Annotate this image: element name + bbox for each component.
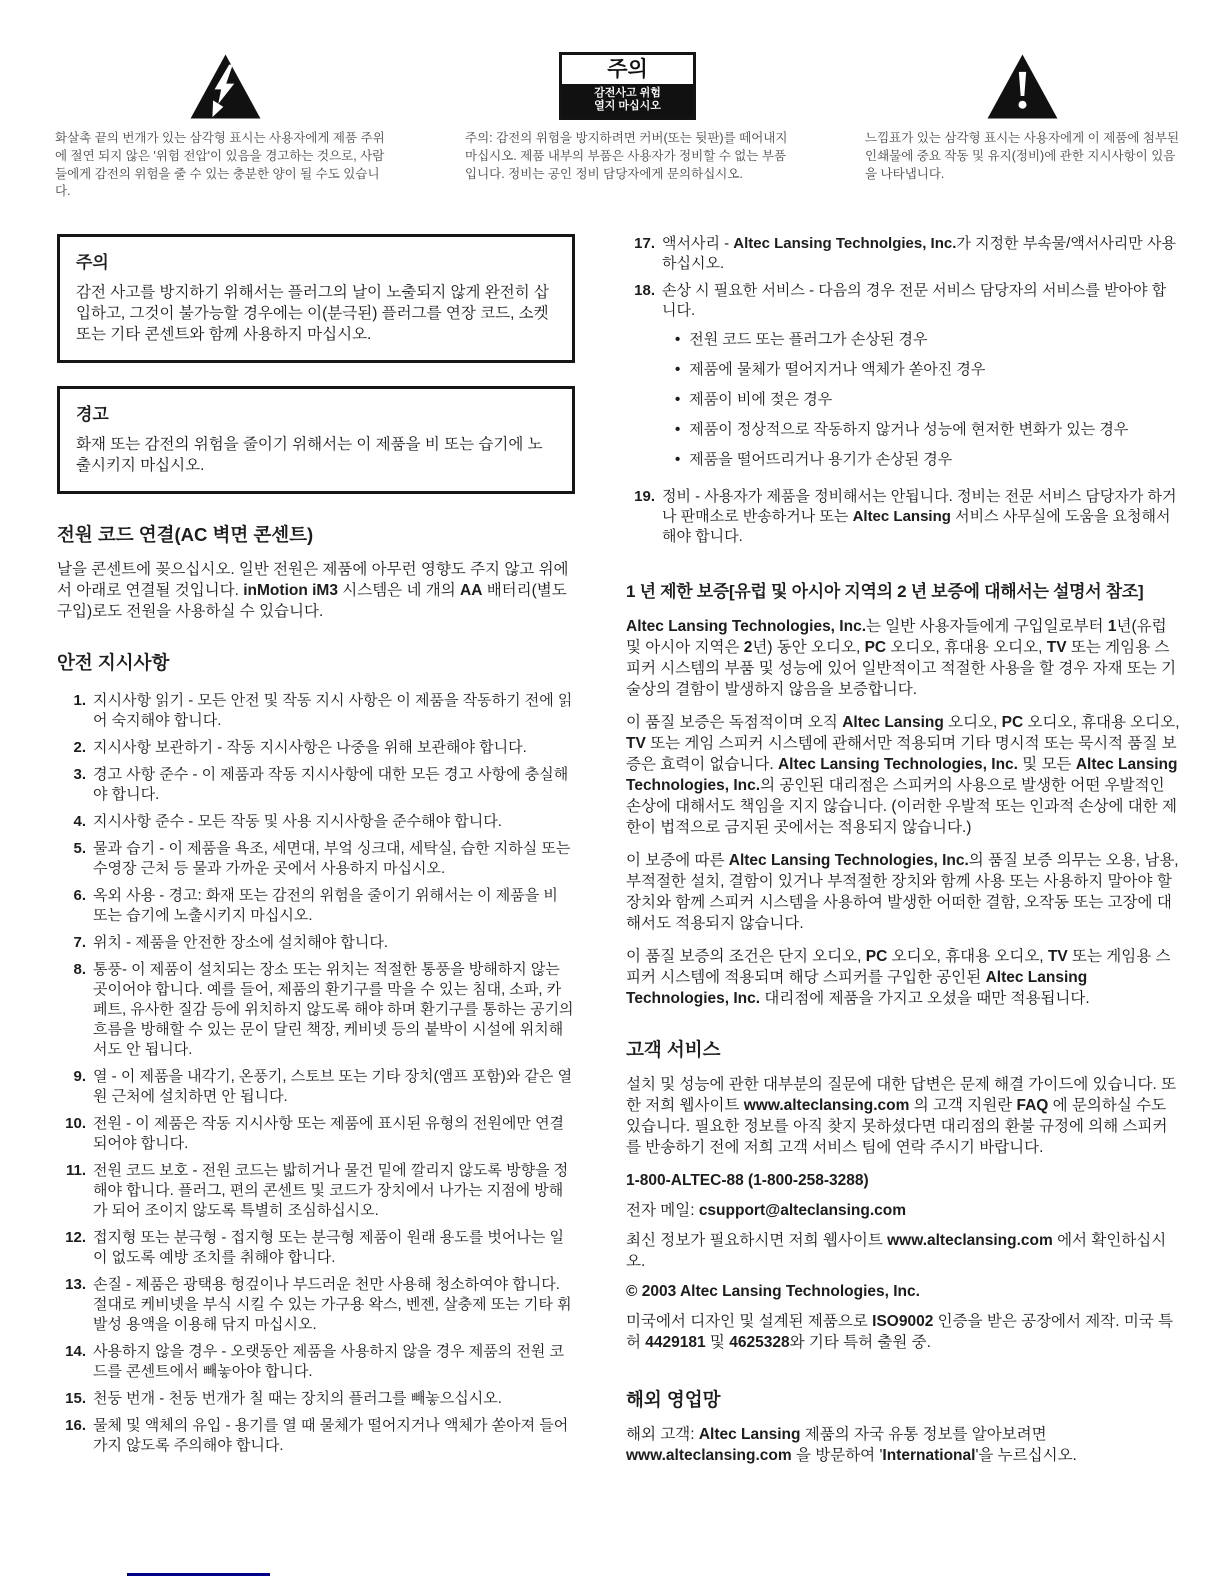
customer-service-email: 전자 메일: csupport@alteclansing.com bbox=[626, 1200, 1180, 1221]
safety-item: 4.지시사항 준수 - 모든 작동 및 사용 지시사항을 준수해야 합니다. bbox=[57, 812, 575, 832]
warranty-paragraph-2: 이 품질 보증은 독점적이며 오직 Altec Lansing 오디오, PC … bbox=[626, 712, 1180, 838]
warning-notice-box: 경고 화재 또는 감전의 위험을 줄이기 위해서는 이 제품을 비 또는 습기에… bbox=[57, 386, 575, 494]
caution-notice-title: 주의 bbox=[76, 248, 556, 273]
bullet-dot-icon bbox=[675, 420, 689, 440]
warranty-heading: 1 년 제한 보증[유럽 및 아시아 지역의 2 년 보증에 대해서는 설명서 … bbox=[626, 577, 1180, 602]
exclamation-symbol-description: 느낌표가 있는 삼각형 표시는 사용자에게 이 제품에 첨부된 인쇄물에 중요 … bbox=[865, 130, 1180, 183]
safety-item: 7.위치 - 제품을 안전한 장소에 설치해야 합니다. bbox=[57, 933, 575, 953]
bullet-item: 제품에 물체가 떨어지거나 액체가 쏟아진 경우 bbox=[675, 360, 1180, 380]
safety-item: 15.천둥 번개 - 천둥 번개가 칠 때는 장치의 플러그를 빼놓으십시오. bbox=[57, 1389, 575, 1409]
safety-list-left: 1.지시사항 읽기 - 모든 안전 및 작동 지시 사항은 이 제품을 작동하기… bbox=[57, 691, 575, 1456]
safety-item: 16.물체 및 액체의 유입 - 용기를 열 때 물체가 떨어지거나 액체가 쏟… bbox=[57, 1416, 575, 1456]
safety-item-text: 손상 시 필요한 서비스 - 다음의 경우 전문 서비스 담당자의 서비스를 받… bbox=[662, 282, 1166, 319]
safety-item: 2.지시사항 보관하기 - 작동 지시사항은 나중을 위해 보관해야 합니다. bbox=[57, 738, 575, 758]
bullet-dot-icon bbox=[675, 390, 689, 410]
safety-item: 1.지시사항 읽기 - 모든 안전 및 작동 지시 사항은 이 제품을 작동하기… bbox=[57, 691, 575, 731]
bullet-item: 제품이 정상적으로 작동하지 않거나 성능에 현저한 변화가 있는 경우 bbox=[675, 420, 1180, 440]
caution-notice-text: 감전 사고를 방지하기 위해서는 플러그의 날이 노출되지 않게 완전히 삽입하… bbox=[76, 282, 556, 345]
safety-item: 14.사용하지 않을 경우 - 오랫동안 제품을 사용하지 않을 경우 제품의 … bbox=[57, 1342, 575, 1382]
customer-service-intro: 설치 및 성능에 관한 대부분의 질문에 대한 답변은 문제 해결 가이드에 있… bbox=[626, 1074, 1180, 1158]
header-symbols: 화살촉 끝의 번개가 있는 삼각형 표시는 사용자에게 제품 주위에 절연 되지… bbox=[0, 0, 1224, 201]
caution-notice-box: 주의 감전 사고를 방지하기 위해서는 플러그의 날이 노출되지 않게 완전히 … bbox=[57, 234, 575, 363]
exclamation-triangle-icon bbox=[865, 52, 1180, 120]
main-content: 주의 감전 사고를 방지하기 위해서는 플러그의 날이 노출되지 않게 완전히 … bbox=[0, 234, 1224, 1478]
safety-instructions-heading: 안전 지시사항 bbox=[57, 649, 575, 675]
safety-item: 18. 손상 시 필요한 서비스 - 다음의 경우 전문 서비스 담당자의 서비… bbox=[626, 281, 1180, 480]
safety-item: 10.전원 - 이 제품은 작동 지시사항 또는 제품에 표시된 유형의 전원에… bbox=[57, 1114, 575, 1154]
customer-service-heading: 고객 서비스 bbox=[626, 1036, 1180, 1062]
bullet-item: 제품이 비에 젖은 경우 bbox=[675, 390, 1180, 410]
copyright-line: © 2003 Altec Lansing Technologies, Inc. bbox=[626, 1281, 1180, 1302]
warning-notice-title: 경고 bbox=[76, 400, 556, 425]
safety-item: 13.손질 - 제품은 광택용 헝겊이나 부드러운 천만 사용해 청소하여야 합… bbox=[57, 1275, 575, 1335]
power-cord-heading: 전원 코드 연결(AC 벽면 콘센트) bbox=[57, 521, 575, 547]
header-left-block: 화살촉 끝의 번개가 있는 삼각형 표시는 사용자에게 제품 주위에 절연 되지… bbox=[55, 52, 395, 201]
manual-page: 화살촉 끝의 번개가 있는 삼각형 표시는 사용자에게 제품 주위에 절연 되지… bbox=[0, 0, 1224, 1584]
safety-item: 8.통풍- 이 제품이 설치되는 장소 또는 위치는 적절한 통풍을 방해하지 … bbox=[57, 960, 575, 1060]
bullet-dot-icon bbox=[675, 450, 689, 470]
safety-item: 6.옥외 사용 - 경고: 화재 또는 감전의 위험을 줄이기 위해서는 이 제… bbox=[57, 886, 575, 926]
customer-service-phone: 1-800-ALTEC-88 (1-800-258-3288) bbox=[626, 1170, 1180, 1191]
footer-line bbox=[127, 1573, 270, 1576]
customer-service-latest-info: 최신 정보가 필요하시면 저희 웹사이트 www.alteclansing.co… bbox=[626, 1230, 1180, 1272]
warranty-paragraph-1: Altec Lansing Technologies, Inc.는 일반 사용자… bbox=[626, 616, 1180, 700]
patent-line: 미국에서 디자인 및 설계된 제품으로 ISO9002 인증을 받은 공장에서 … bbox=[626, 1311, 1180, 1353]
safety-item: 12.접지형 또는 분극형 - 접지형 또는 분극형 제품이 원래 용도를 벗어… bbox=[57, 1228, 575, 1268]
lightning-symbol-description: 화살촉 끝의 번개가 있는 삼각형 표시는 사용자에게 제품 주위에 절연 되지… bbox=[55, 130, 395, 201]
header-right-block: 느낌표가 있는 삼각형 표시는 사용자에게 이 제품에 첨부된 인쇄물에 중요 … bbox=[865, 52, 1180, 201]
international-paragraph: 해외 고객: Altec Lansing 제품의 자국 유통 정보를 알아보려면… bbox=[626, 1424, 1180, 1466]
bullet-item: 전원 코드 또는 플러그가 손상된 경우 bbox=[675, 330, 1180, 350]
right-column: 17.액서사리 - Altec Lansing Technolgies, Inc… bbox=[626, 234, 1180, 1478]
left-column: 주의 감전 사고를 방지하기 위해서는 플러그의 날이 노출되지 않게 완전히 … bbox=[57, 234, 575, 1478]
safety-item: 17.액서사리 - Altec Lansing Technolgies, Inc… bbox=[626, 234, 1180, 274]
safety-item: 3.경고 사항 준수 - 이 제품과 작동 지시사항에 대한 모든 경고 사항에… bbox=[57, 765, 575, 805]
caution-symbol-description: 주의: 감전의 위험을 방지하려면 커버(또는 뒷판)를 떼어내지 마십시오. … bbox=[465, 130, 790, 183]
international-heading: 해외 영업망 bbox=[626, 1386, 1180, 1412]
warning-notice-text: 화재 또는 감전의 위험을 줄이기 위해서는 이 제품을 비 또는 습기에 노출… bbox=[76, 434, 556, 476]
safety-item: 11.전원 코드 보호 - 전원 코드는 밟히거나 물건 밑에 깔리지 않도록 … bbox=[57, 1161, 575, 1221]
bullet-item: 제품을 떨어뜨리거나 용기가 손상된 경우 bbox=[675, 450, 1180, 470]
caution-box-subtitle: 감전사고 위험 열지 마십시오 bbox=[562, 84, 693, 117]
warranty-paragraph-3: 이 보증에 따른 Altec Lansing Technologies, Inc… bbox=[626, 850, 1180, 934]
safety-list-right: 17.액서사리 - Altec Lansing Technolgies, Inc… bbox=[626, 234, 1180, 547]
power-cord-paragraph: 날을 콘센트에 꽂으십시오. 일반 전원은 제품에 아무런 영향도 주지 않고 … bbox=[57, 559, 575, 622]
lightning-triangle-icon bbox=[55, 52, 395, 120]
caution-label-box: 주의 감전사고 위험 열지 마십시오 bbox=[465, 52, 790, 120]
warranty-paragraph-4: 이 품질 보증의 조건은 단지 오디오, PC 오디오, 휴대용 오디오, TV… bbox=[626, 946, 1180, 1009]
caution-box-title: 주의 bbox=[562, 55, 693, 84]
header-center-block: 주의 감전사고 위험 열지 마십시오 주의: 감전의 위험을 방지하려면 커버(… bbox=[465, 52, 790, 201]
damage-service-bullets: 전원 코드 또는 플러그가 손상된 경우 제품에 물체가 떨어지거나 액체가 쏟… bbox=[662, 330, 1180, 470]
bullet-dot-icon bbox=[675, 330, 689, 350]
safety-item: 5.물과 습기 - 이 제품을 욕조, 세면대, 부엌 싱크대, 세탁실, 습한… bbox=[57, 839, 575, 879]
bullet-dot-icon bbox=[675, 360, 689, 380]
safety-item: 9.열 - 이 제품을 내각기, 온풍기, 스토브 또는 기타 장치(앰프 포함… bbox=[57, 1067, 575, 1107]
safety-item: 19.정비 - 사용자가 제품을 정비해서는 안됩니다. 정비는 전문 서비스 … bbox=[626, 487, 1180, 547]
